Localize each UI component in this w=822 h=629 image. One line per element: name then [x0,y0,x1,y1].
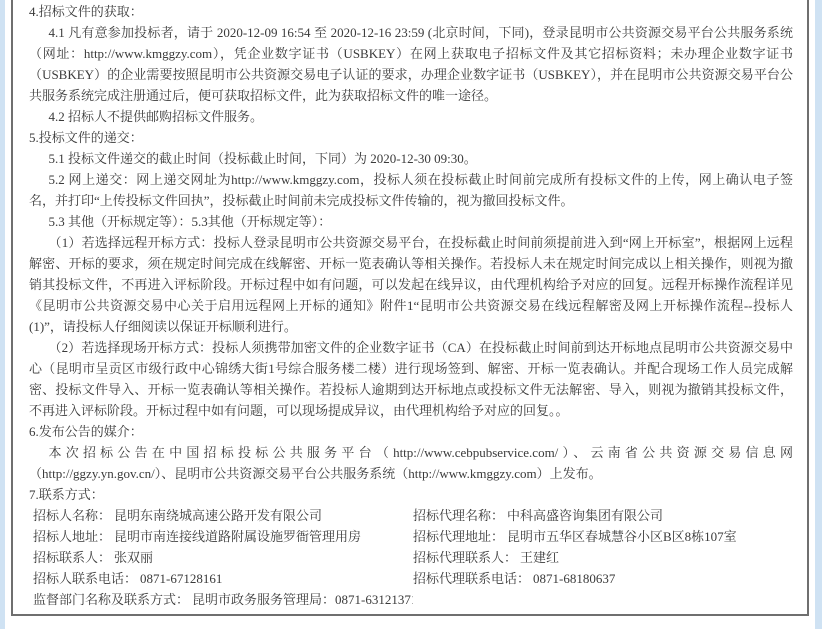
section-5-paragraph-4: （1）若选择远程开标方式：投标人登录昆明市公共资源交易平台，在投标截止时间前须提… [29,232,793,337]
agency-name: 招标代理名称：中科高盛咨询集团有限公司 [413,505,793,526]
section-5-heading: 5.投标文件的递交： [29,127,793,148]
section-5-paragraph-1: 5.1 投标文件递交的截止时间（投标截止时间，下同）为 2020-12-30 0… [29,148,793,169]
agency-address: 招标代理地址：昆明市五华区春城慧谷小区B区8栋107室 [413,526,793,547]
agency-phone-label: 招标代理联系电话： [413,571,530,586]
tenderer-phone-value: 0871-67128161 [140,571,222,586]
tenderer-address-value: 昆明市南连接线道路附属设施罗衙管理用房 [114,529,361,544]
contact-row: 招标联系人：张双丽 招标代理联系人：王建红 [29,547,793,568]
agency-contact-person-label: 招标代理联系人： [413,550,517,565]
section-5-paragraph-2: 5.2 网上递交：网上递交网址为http://www.kmggzy.com，投标… [29,169,793,211]
agency-phone-value: 0871-68180637 [533,571,615,586]
tenderer-contact-person-label: 招标联系人： [33,550,111,565]
supervision-department-label: 监督部门名称及联系方式： [33,592,189,607]
tender-notice-document: 4.招标文件的获取： 4.1 凡有意参加投标者，请于 2020-12-09 16… [11,0,809,616]
tenderer-name-label: 招标人名称： [33,508,111,523]
tenderer-contact-person-value: 张双丽 [114,550,153,565]
section-5-paragraph-3: 5.3 其他（开标规定等）：5.3其他（开标规定等）： [29,211,793,232]
section-5-paragraph-5: （2）若选择现场开标方式：投标人须携带加密文件的企业数字证书（CA）在投标截止时… [29,337,793,421]
supervision-department: 监督部门名称及联系方式：昆明市政务服务管理局：0871-63121371 [33,589,413,610]
contact-table: 招标人名称：昆明东南绕城高速公路开发有限公司 招标代理名称：中科高盛咨询集团有限… [29,505,793,610]
tenderer-address: 招标人地址：昆明市南连接线道路附属设施罗衙管理用房 [33,526,413,547]
agency-name-value: 中科高盛咨询集团有限公司 [507,508,663,523]
document-content: 4.招标文件的获取： 4.1 凡有意参加投标者，请于 2020-12-09 16… [13,0,807,614]
section-4-heading: 4.招标文件的获取： [29,1,793,22]
contact-empty-cell [413,589,793,610]
agency-name-label: 招标代理名称： [413,508,504,523]
agency-phone: 招标代理联系电话：0871-68180637 [413,568,793,589]
tenderer-contact-person: 招标联系人：张双丽 [33,547,413,568]
contact-row: 招标人名称：昆明东南绕城高速公路开发有限公司 招标代理名称：中科高盛咨询集团有限… [29,505,793,526]
contact-row: 招标人地址：昆明市南连接线道路附属设施罗衙管理用房 招标代理地址：昆明市五华区春… [29,526,793,547]
contact-row: 招标人联系电话：0871-67128161 招标代理联系电话：0871-6818… [29,568,793,589]
tenderer-phone: 招标人联系电话：0871-67128161 [33,568,413,589]
supervision-department-value: 昆明市政务服务管理局：0871-63121371 [192,592,413,607]
contact-row: 监督部门名称及联系方式：昆明市政务服务管理局：0871-63121371 [29,589,793,610]
tenderer-phone-label: 招标人联系电话： [33,571,137,586]
section-7-heading: 7.联系方式： [29,484,793,505]
agency-address-value: 昆明市五华区春城慧谷小区B区8栋107室 [507,529,737,544]
agency-contact-person-value: 王建红 [520,550,559,565]
page-edge-strip-left [0,0,5,629]
tenderer-name: 招标人名称：昆明东南绕城高速公路开发有限公司 [33,505,413,526]
page-edge-strip-right [815,0,822,629]
agency-contact-person: 招标代理联系人：王建红 [413,547,793,568]
section-4-paragraph-2: 4.2 招标人不提供邮购招标文件服务。 [29,106,793,127]
section-6-heading: 6.发布公告的媒介： [29,421,793,442]
tenderer-name-value: 昆明东南绕城高速公路开发有限公司 [114,508,322,523]
agency-address-label: 招标代理地址： [413,529,504,544]
section-4-paragraph-1: 4.1 凡有意参加投标者，请于 2020-12-09 16:54 至 2020-… [29,22,793,106]
tenderer-address-label: 招标人地址： [33,529,111,544]
section-6-paragraph-1: 本次招标公告在中国招标投标公共服务平台（http://www.cebpubser… [29,442,793,484]
